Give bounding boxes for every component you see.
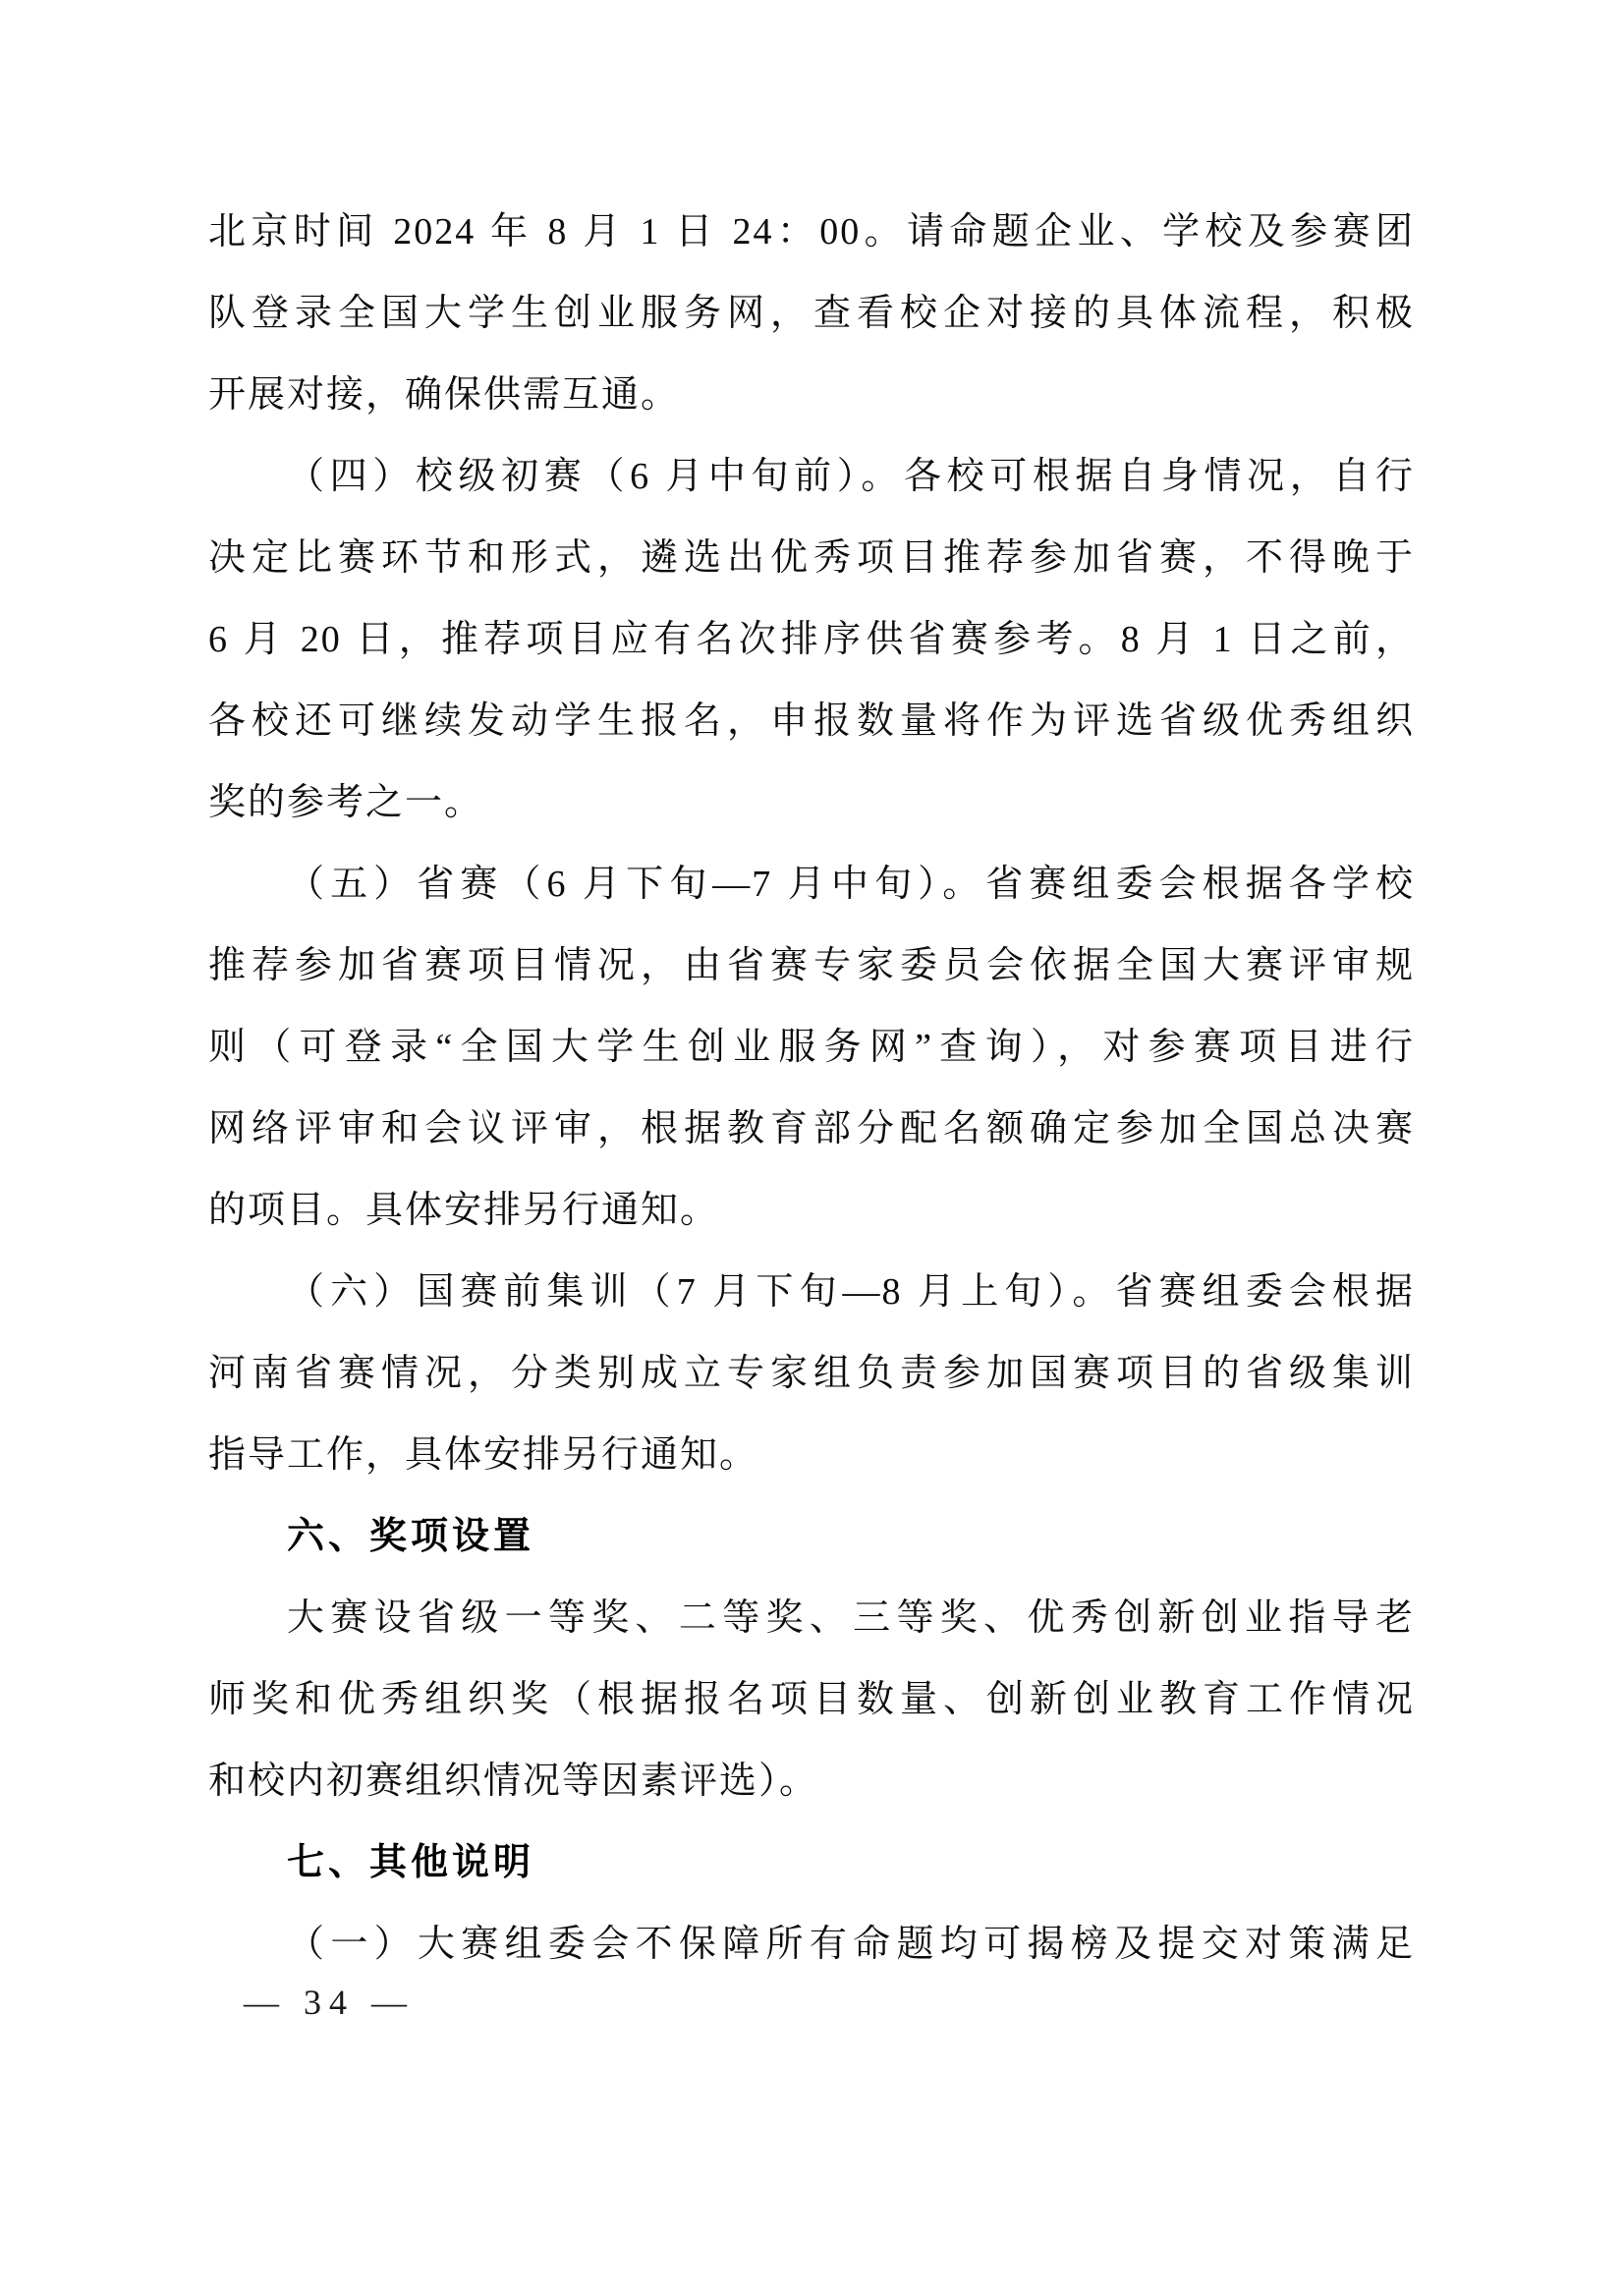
section-heading-awards: 六、奖项设置 [208,1496,1415,1578]
body-line-19: 师奖和优秀组织奖（根据报名项目数量、创新创业教育工作情况 [208,1659,1415,1741]
body-line-13: 的项目。具体安排另行通知。 [208,1170,1415,1252]
body-line-5: 决定比赛环节和形式，遴选出优秀项目推荐参加省赛，不得晚于 [208,518,1415,599]
body-line-14-item-6-start: （六）国赛前集训（7 月下旬—8 月上旬）。省赛组委会根据 [208,1252,1415,1333]
body-line-6: 6 月 20 日，推荐项目应有名次排序供省赛参考。8 月 1 日之前， [208,599,1415,681]
section-heading-other-notes: 七、其他说明 [208,1822,1415,1904]
body-line-1: 北京时间 2024 年 8 月 1 日 24：00。请命题企业、学校及参赛团 [208,192,1415,273]
document-page: 北京时间 2024 年 8 月 1 日 24：00。请命题企业、学校及参赛团 队… [0,0,1624,2295]
body-line-8: 奖的参考之一。 [208,762,1415,844]
body-line-16: 指导工作，具体安排另行通知。 [208,1415,1415,1496]
body-line-4-item-4-start: （四）校级初赛（6 月中旬前）。各校可根据自身情况，自行 [208,436,1415,518]
body-line-9-item-5-start: （五）省赛（6 月下旬—7 月中旬）。省赛组委会根据各学校 [208,844,1415,925]
body-line-12: 网络评审和会议评审，根据教育部分配名额确定参加全国总决赛 [208,1089,1415,1170]
document-body: 北京时间 2024 年 8 月 1 日 24：00。请命题企业、学校及参赛团 队… [208,192,1415,1986]
body-line-15: 河南省赛情况，分类别成立专家组负责参加国赛项目的省级集训 [208,1333,1415,1415]
body-line-20: 和校内初赛组织情况等因素评选）。 [208,1741,1415,1822]
body-line-18: 大赛设省级一等奖、二等奖、三等奖、优秀创新创业指导老 [208,1578,1415,1659]
page-number: — 34 — [244,1981,415,2024]
body-line-3: 开展对接，确保供需互通。 [208,355,1415,436]
body-line-2: 队登录全国大学生创业服务网，查看校企对接的具体流程，积极 [208,273,1415,355]
body-line-11: 则（可登录“全国大学生创业服务网”查询），对参赛项目进行 [208,1007,1415,1089]
body-line-7: 各校还可继续发动学生报名，申报数量将作为评选省级优秀组织 [208,681,1415,762]
body-line-10: 推荐参加省赛项目情况，由省赛专家委员会依据全国大赛评审规 [208,925,1415,1007]
body-line-22-item-1-start: （一）大赛组委会不保障所有命题均可揭榜及提交对策满足 [208,1904,1415,1986]
